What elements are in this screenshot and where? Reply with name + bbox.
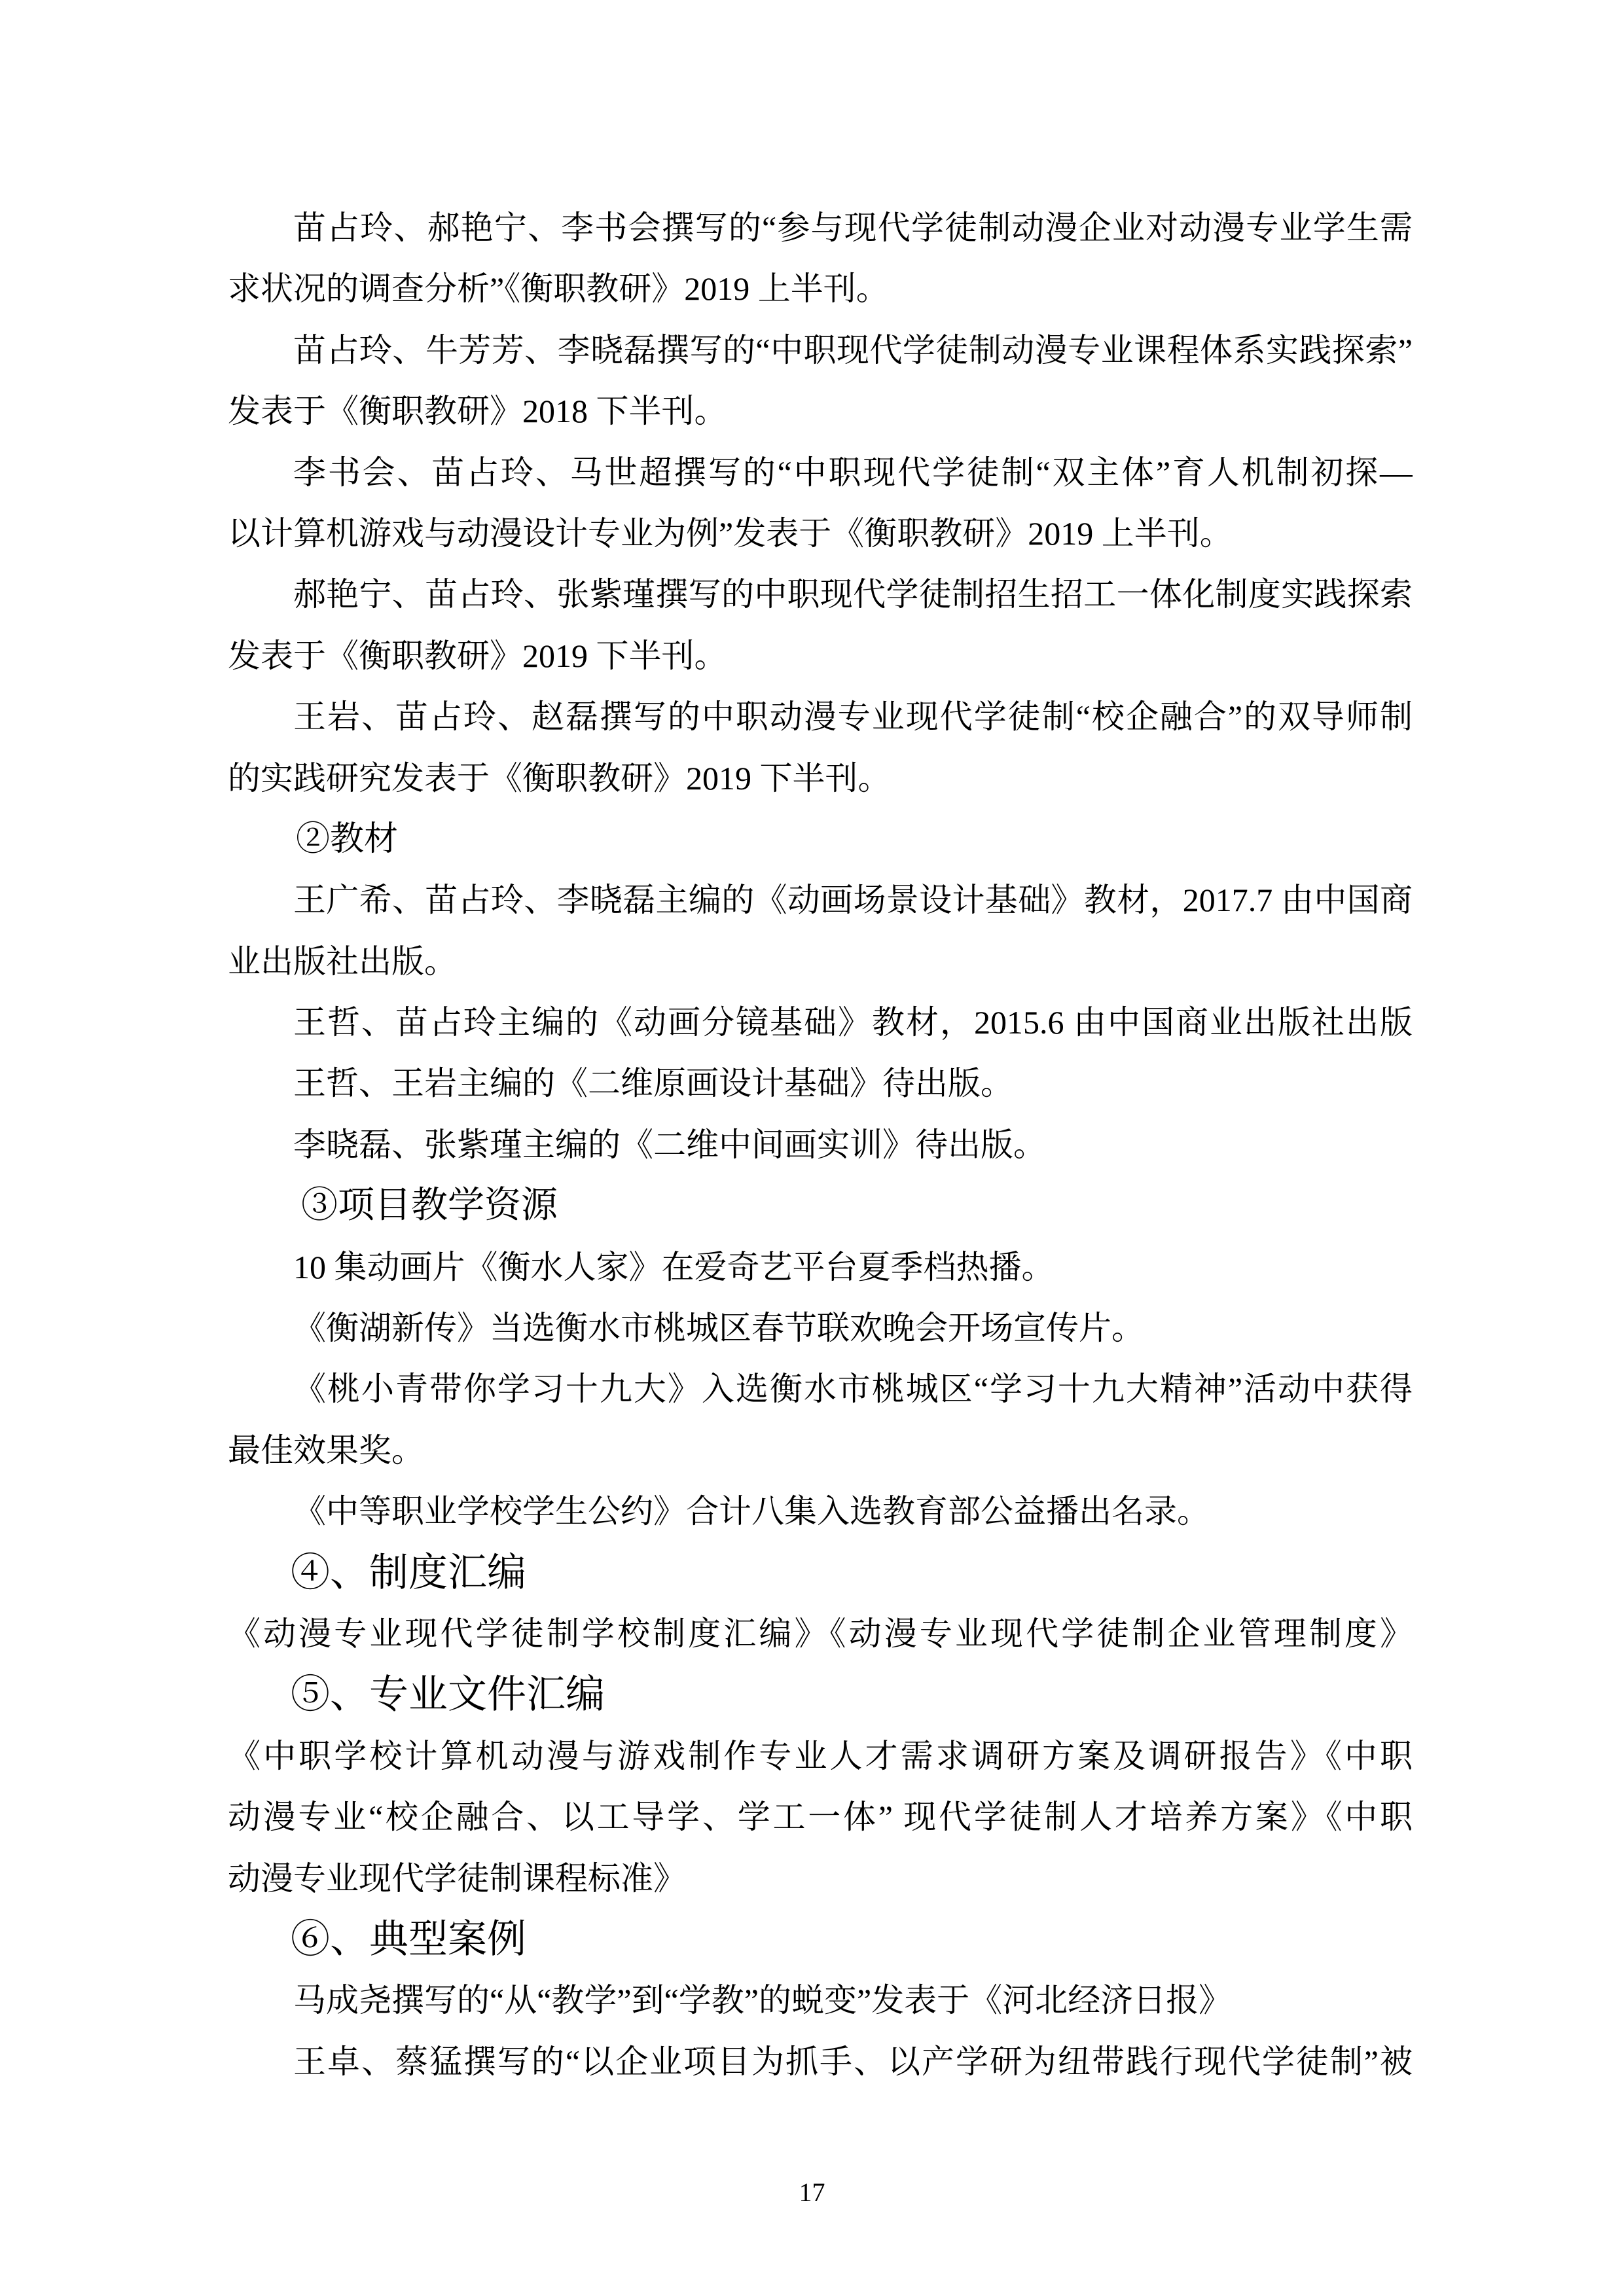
text-line: 李晓磊、张紫瑾主编的《二维中间画实训》待出版。 bbox=[228, 1115, 1413, 1175]
text-line: 李书会、苗占玲、马世超撰写的“中职现代学徒制“双主体”育人机制初探— bbox=[228, 442, 1413, 503]
text-line: 发表于《衡职教研》2018 下半刊。 bbox=[228, 381, 1413, 442]
text-line: 《中职学校计算机动漫与游戏制作专业人才需求调研方案及调研报告》《中职 bbox=[228, 1726, 1413, 1787]
text-line: 《动漫专业现代学徒制学校制度汇编》《动漫专业现代学徒制企业管理制度》 bbox=[228, 1604, 1413, 1664]
text-line: 的实践研究发表于《衡职教研》2019 下半刊。 bbox=[228, 748, 1413, 809]
text-line: 王岩、苗占玲、赵磊撰写的中职动漫专业现代学徒制“校企融合”的双导师制 bbox=[228, 687, 1413, 747]
text-line: 10 集动画片《衡水人家》在爱奇艺平台夏季档热播。 bbox=[228, 1237, 1413, 1298]
text-line: 苗占玲、牛芳芳、李晓磊撰写的“中职现代学徒制动漫专业课程体系实践探索” bbox=[228, 320, 1413, 381]
text-line: 马成尧撰写的“从“教学”到“学教”的蜕变”发表于《河北经济日报》 bbox=[228, 1970, 1413, 2031]
text-line: 业出版社出版。 bbox=[228, 931, 1413, 992]
text-line: 苗占玲、郝艳宁、李书会撰写的“参与现代学徒制动漫企业对动漫专业学生需 bbox=[228, 198, 1413, 259]
heading-professional-documents-compilation: ⑤、专业文件汇编 bbox=[228, 1664, 1413, 1725]
text-line: 郝艳宁、苗占玲、张紫瑾撰写的中职现代学徒制招生招工一体化制度实践探索 bbox=[228, 564, 1413, 625]
page-number: 17 bbox=[0, 2179, 1624, 2206]
text-line: 发表于《衡职教研》2019 下半刊。 bbox=[228, 626, 1413, 687]
document-page: 苗占玲、郝艳宁、李书会撰写的“参与现代学徒制动漫企业对动漫专业学生需 求状况的调… bbox=[0, 0, 1624, 2296]
text-line: 《桃小青带你学习十九大》入选衡水市桃城区“学习十九大精神”活动中获得 bbox=[228, 1359, 1413, 1420]
text-line: 王哲、苗占玲主编的《动画分镜基础》教材，2015.6 由中国商业出版社出版 bbox=[228, 992, 1413, 1053]
text-line: 求状况的调查分析”《衡职教研》2019 上半刊。 bbox=[228, 259, 1413, 319]
text-line: 《衡湖新传》当选衡水市桃城区春节联欢晚会开场宣传片。 bbox=[228, 1298, 1413, 1359]
heading-regulations-compilation: ④、制度汇编 bbox=[228, 1543, 1413, 1604]
text-line: 动漫专业现代学徒制课程标准》 bbox=[228, 1848, 1413, 1909]
text-line: 王卓、蔡猛撰写的“以企业项目为抓手、以产学研为纽带践行现代学徒制”被 bbox=[228, 2032, 1413, 2092]
heading-teaching-materials: ②教材 bbox=[228, 809, 1413, 870]
heading-project-teaching-resources: ③项目教学资源 bbox=[228, 1175, 1413, 1236]
text-line: 《中等职业学校学生公约》合计八集入选教育部公益播出名录。 bbox=[228, 1481, 1413, 1542]
text-line: 最佳效果奖。 bbox=[228, 1420, 1413, 1481]
text-line: 王广希、苗占玲、李晓磊主编的《动画场景设计基础》教材，2017.7 由中国商 bbox=[228, 870, 1413, 931]
text-line: 以计算机游戏与动漫设计专业为例”发表于《衡职教研》2019 上半刊。 bbox=[228, 503, 1413, 564]
text-content: 苗占玲、郝艳宁、李书会撰写的“参与现代学徒制动漫企业对动漫专业学生需 求状况的调… bbox=[228, 198, 1413, 2092]
text-line: 王哲、王岩主编的《二维原画设计基础》待出版。 bbox=[228, 1053, 1413, 1114]
heading-typical-cases: ⑥、典型案例 bbox=[228, 1909, 1413, 1970]
text-line: 动漫专业“校企融合、以工导学、学工一体” 现代学徒制人才培养方案》《中职 bbox=[228, 1787, 1413, 1848]
